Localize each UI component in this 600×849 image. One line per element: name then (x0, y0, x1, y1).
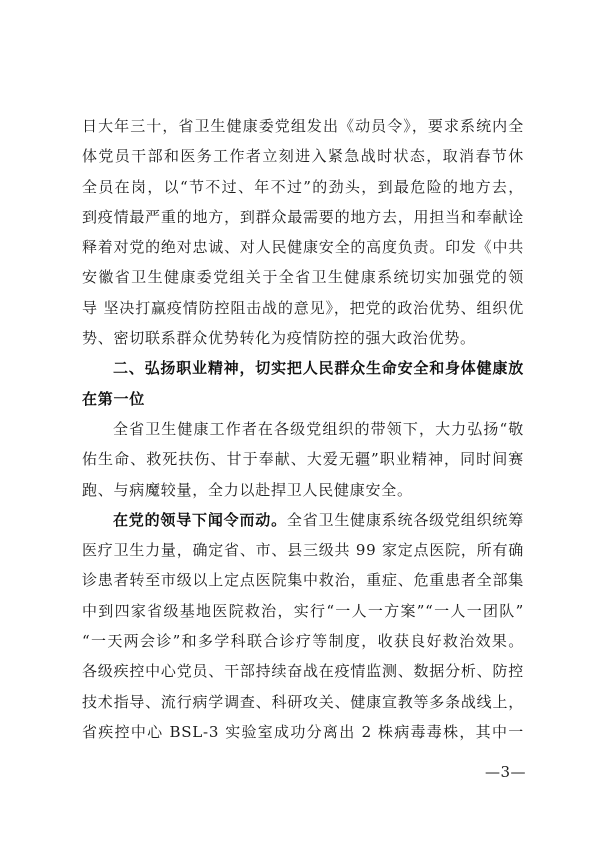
text-line: 全员在岗，以“节不过、年不过”的劲头，到最危险的地方去， (82, 172, 524, 202)
text-line: 势、密切联系群众优势转化为疫情防控的强大政治优势。 (82, 323, 524, 353)
text-line: 体党员干部和医务工作者立刻进入紧急战时状态，取消春节休假， (82, 141, 524, 171)
heading-line: 在第一位 (82, 384, 524, 414)
text-line: 在党的领导下闻令而动。全省卫生健康系统各级党组织统筹 (82, 505, 524, 535)
heading-line: 二、弘扬职业精神，切实把人民群众生命安全和身体健康放 (82, 353, 524, 383)
paragraph-mobilization-order: 日大年三十，省卫生健康委党组发出《动员令》，要求系统内全 体党员干部和医务工作者… (82, 111, 524, 353)
text-line: 跑、与病魔较量，全力以赴捍卫人民健康安全。 (82, 475, 524, 505)
text-line: 省疾控中心 BSL-3 实验室成功分离出 2 株病毒毒株，其中一株病 (82, 717, 524, 747)
text-line: 到疫情最严重的地方，到群众最需要的地方去，用担当和奉献诠 (82, 202, 524, 232)
text-line: 各级疾控中心党员、干部持续奋战在疫情监测、数据分析、防控 (82, 656, 524, 686)
paragraph-professional-spirit: 全省卫生健康工作者在各级党组织的带领下，大力弘扬“敬 佑生命、救死扶伤、甘于奉献… (82, 414, 524, 505)
text-line: 医疗卫生力量，确定省、市、县三级共 99 家定点医院，所有确 (82, 535, 524, 565)
text-line: 释着对党的绝对忠诚、对人民健康安全的高度负责。印发《中共 (82, 232, 524, 262)
document-body: 日大年三十，省卫生健康委党组发出《动员令》，要求系统内全 体党员干部和医务工作者… (82, 111, 524, 747)
text-line: 日大年三十，省卫生健康委党组发出《动员令》，要求系统内全 (82, 111, 524, 141)
text-line: 佑生命、救死扶伤、甘于奉献、大爱无疆”职业精神，同时间赛 (82, 444, 524, 474)
text-line: 诊患者转至市级以上定点医院集中救治，重症、危重患者全部集 (82, 565, 524, 595)
text-line: 安徽省卫生健康委党组关于全省卫生健康系统切实加强党的领 (82, 262, 524, 292)
section-heading: 二、弘扬职业精神，切实把人民群众生命安全和身体健康放 在第一位 (82, 353, 524, 414)
paragraph-lead-rest: 全省卫生健康系统各级党组织统筹 (287, 511, 524, 529)
text-line: 全省卫生健康工作者在各级党组织的带领下，大力弘扬“敬 (82, 414, 524, 444)
paragraph-lead-bold: 在党的领导下闻令而动。 (113, 511, 287, 529)
text-line: 技术指导、流行病学调查、科研攻关、健康宣教等多条战线上， (82, 687, 524, 717)
paragraph-treatment: 在党的领导下闻令而动。全省卫生健康系统各级党组织统筹 医疗卫生力量，确定省、市、… (82, 505, 524, 747)
text-line: “一天两会诊”和多学科联合诊疗等制度，收获良好救治效果。 (82, 626, 524, 656)
text-line: 中到四家省级基地医院救治，实行“一人一方案”“一人一团队” (82, 596, 524, 626)
text-line: 导 坚决打赢疫情防控阻击战的意见》，把党的政治优势、组织优 (82, 293, 524, 323)
page-number: —3— (485, 762, 526, 782)
document-page: 日大年三十，省卫生健康委党组发出《动员令》，要求系统内全 体党员干部和医务工作者… (0, 0, 600, 849)
